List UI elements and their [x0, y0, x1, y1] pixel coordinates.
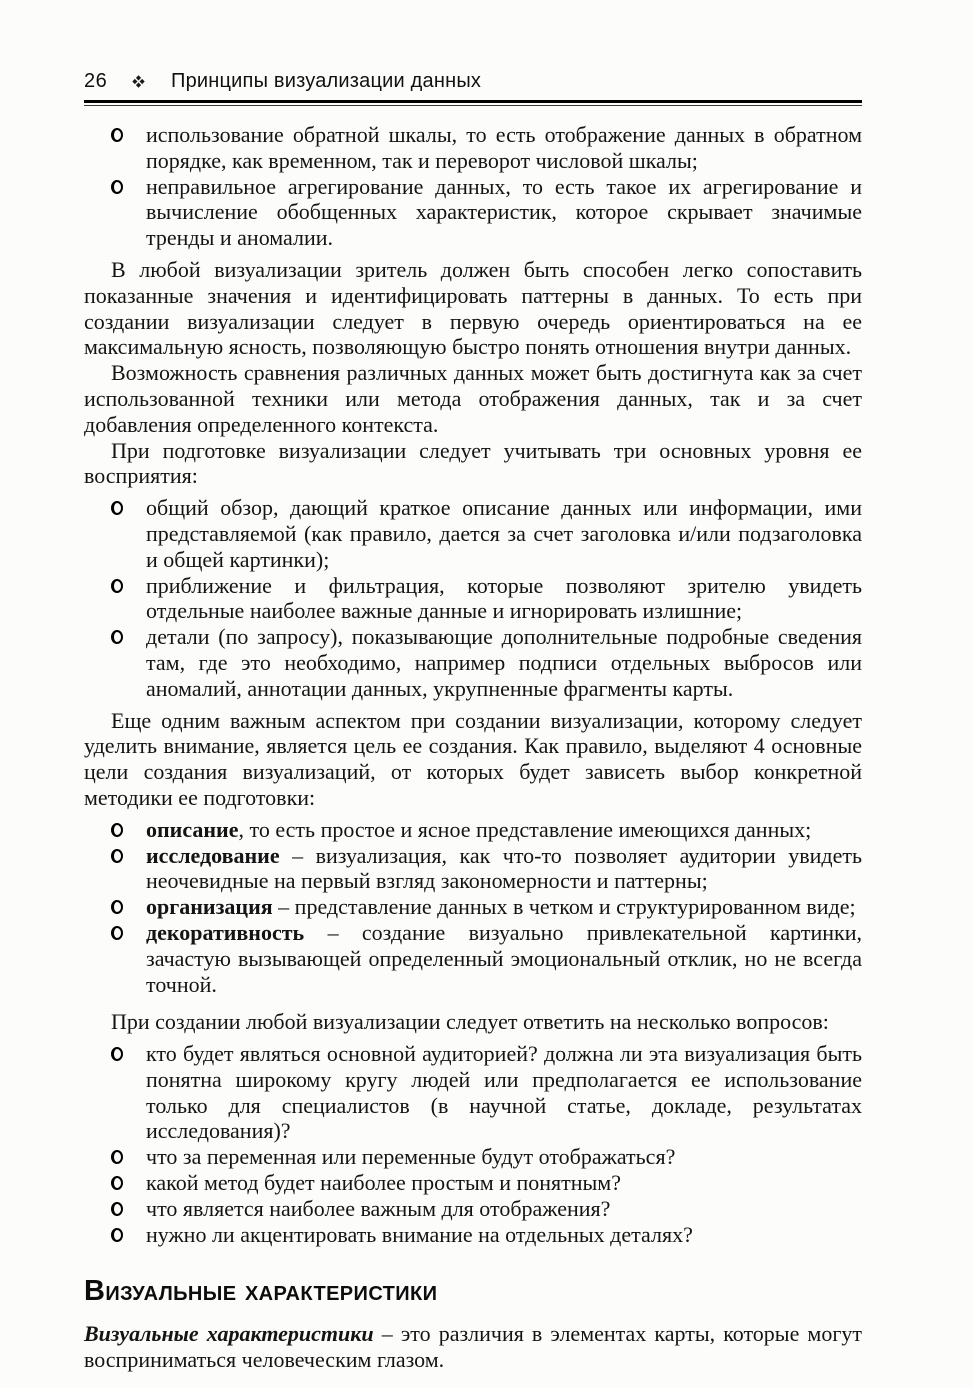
goal-description: , то есть простое и ясное представление …	[239, 817, 812, 842]
ring-bullet-icon	[111, 1176, 123, 1190]
list-item-text: использование обратной шкалы, то есть от…	[146, 122, 862, 173]
ring-bullet-icon	[111, 849, 123, 863]
goal-term: описание	[146, 817, 239, 842]
goals-list: описание, то есть простое и ясное предст…	[84, 817, 862, 998]
paragraph-levels-intro: При подготовке визуализации следует учит…	[84, 438, 862, 490]
list-item: какой метод будет наиболее простым и пон…	[84, 1170, 862, 1196]
goal-term: исследование	[146, 843, 280, 868]
paragraph-clarity: В любой визуализации зритель должен быть…	[84, 257, 862, 360]
list-item-text: организация – представление данных в чет…	[146, 894, 856, 919]
list-item-text: что является наиболее важным для отображ…	[146, 1196, 610, 1221]
ring-bullet-icon	[111, 823, 123, 837]
ring-bullet-icon	[111, 1228, 123, 1242]
ring-bullet-icon	[111, 1047, 123, 1061]
list-item-text: исследование – визуализация, как что-то …	[146, 843, 862, 894]
ring-bullet-icon	[111, 579, 123, 593]
paragraph-goals-intro: Еще одним важным аспектом при создании в…	[84, 708, 862, 811]
list-item-text: детали (по запросу), показывающие дополн…	[146, 624, 862, 701]
ring-bullet-icon	[111, 1150, 123, 1164]
ring-bullet-icon	[111, 900, 123, 914]
list-item-text: общий обзор, дающий краткое описание дан…	[146, 495, 862, 572]
header-rule-thin	[84, 105, 862, 106]
list-item-text: что за переменная или переменные будут о…	[146, 1144, 675, 1169]
goal-description: – представление данных в четком и структ…	[273, 894, 856, 919]
list-item-text: описание, то есть простое и ясное предст…	[146, 817, 811, 842]
list-item-text: кто будет являться основной аудиторией? …	[146, 1041, 862, 1143]
ring-bullet-icon	[111, 180, 123, 194]
section-heading: Визуальные характеристики	[84, 1279, 862, 1305]
page-number: 26	[84, 70, 114, 93]
list-item-text: неправильное агрегирование данных, то ес…	[146, 174, 862, 251]
list-item: неправильное агрегирование данных, то ес…	[84, 174, 862, 251]
goal-term: организация	[146, 894, 273, 919]
paragraph-definition: Визуальные характеристики – это различия…	[84, 1321, 862, 1373]
paragraph-comparison: Возможность сравнения различных данных м…	[84, 360, 862, 437]
ring-bullet-icon	[111, 128, 123, 142]
list-item: что за переменная или переменные будут о…	[84, 1144, 862, 1170]
list-item-text: нужно ли акцентировать внимание на отдел…	[146, 1222, 693, 1247]
page-body: использование обратной шкалы, то есть от…	[84, 122, 862, 1373]
list-item: исследование – визуализация, как что-то …	[84, 843, 862, 895]
questions-list: кто будет являться основной аудиторией? …	[84, 1041, 862, 1247]
list-item-text: какой метод будет наиболее простым и пон…	[146, 1170, 621, 1195]
list-item-text: декоративность – создание визуально прив…	[146, 920, 862, 997]
ring-bullet-icon	[111, 630, 123, 644]
list-item: приближение и фильтрация, которые позвол…	[84, 573, 862, 625]
list-item: описание, то есть простое и ясное предст…	[84, 817, 862, 843]
perception-levels-list: общий обзор, дающий краткое описание дан…	[84, 495, 862, 701]
pitfalls-list: использование обратной шкалы, то есть от…	[84, 122, 862, 251]
list-item: декоративность – создание визуально прив…	[84, 920, 862, 997]
list-item: нужно ли акцентировать внимание на отдел…	[84, 1222, 862, 1248]
running-title: Принципы визуализации данных	[171, 70, 481, 93]
definition-term: Визуальные характеристики	[84, 1321, 374, 1346]
page-header: 26 Принципы визуализации данных	[84, 70, 862, 106]
list-item: использование обратной шкалы, то есть от…	[84, 122, 862, 174]
list-item: кто будет являться основной аудиторией? …	[84, 1041, 862, 1144]
list-item: общий обзор, дающий краткое описание дан…	[84, 495, 862, 572]
list-item: детали (по запросу), показывающие дополн…	[84, 624, 862, 701]
ring-bullet-icon	[111, 926, 123, 940]
goal-term: декоративность	[146, 920, 304, 945]
header-rule-thick	[84, 100, 862, 103]
ring-bullet-icon	[111, 1202, 123, 1216]
four-diamonds-icon	[132, 75, 145, 88]
book-page: 26 Принципы визуализации данных испо	[0, 0, 974, 1388]
list-item-text: приближение и фильтрация, которые позвол…	[146, 573, 862, 624]
list-item: что является наиболее важным для отображ…	[84, 1196, 862, 1222]
paragraph-questions-intro: При создании любой визуализации следует …	[84, 1009, 862, 1035]
list-item: организация – представление данных в чет…	[84, 894, 862, 920]
ring-bullet-icon	[111, 501, 123, 515]
